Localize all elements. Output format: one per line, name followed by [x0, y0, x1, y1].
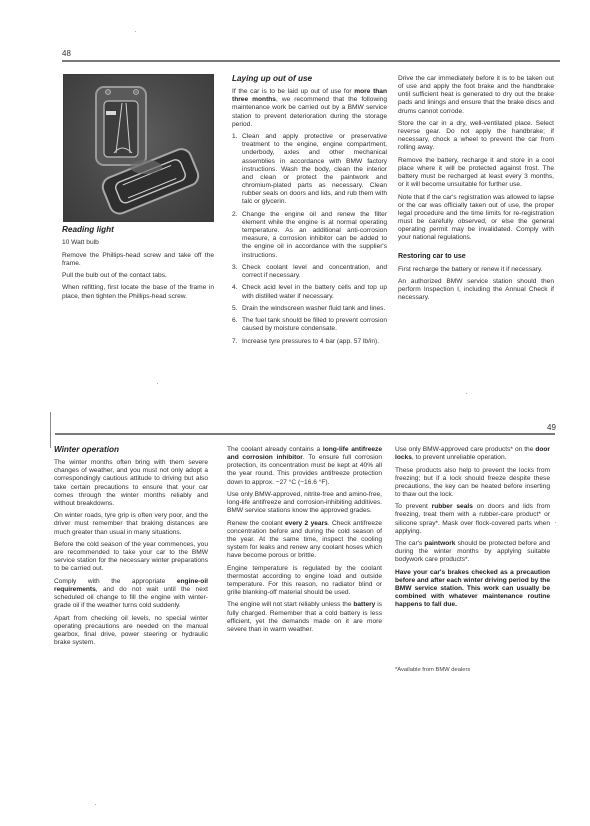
paragraph: First recharge the battery or renew it i…: [398, 266, 554, 274]
paragraph: Drive the car immediately before it is t…: [398, 75, 554, 116]
list-item: 6.The fuel tank should be filled to prev…: [232, 317, 387, 333]
list-item: 7.Increase tyre pressures to 4 bar (app.…: [232, 338, 387, 346]
header-rule: [62, 60, 560, 62]
winter-operation-section: Winter operation The winter months often…: [54, 446, 208, 651]
list-item: 5.Drain the windscreen washer fluid tank…: [232, 305, 387, 313]
reading-light-photo: [63, 74, 214, 222]
list-item: 1.Clean and apply protective or preserva…: [232, 133, 387, 206]
paragraph: Apart from checking oil levels, no speci…: [54, 615, 208, 648]
scan-speck: [466, 393, 467, 394]
paragraph: Have your car's brakes checked as a prec…: [395, 569, 550, 610]
paragraph: Store the car in a dry, well-ventilated …: [398, 120, 554, 153]
scan-speck: [157, 383, 158, 384]
header-rule: [55, 433, 555, 435]
heading-reading-light: Reading light: [62, 226, 214, 234]
paragraph: The coolant already contains a long-life…: [227, 446, 382, 487]
paragraph: The car's paintwork should be protected …: [395, 540, 550, 564]
paragraph: Comply with the appropriate engine-oil r…: [54, 578, 208, 611]
paragraph: An authorized BMW service station should…: [398, 278, 554, 302]
paragraph: 10 Watt bulb: [62, 239, 214, 247]
storage-section: Drive the car immediately before it is t…: [398, 75, 554, 307]
heading-winter-operation: Winter operation: [54, 446, 208, 454]
paragraph: Remove the Phillips-head screw and take …: [62, 252, 214, 268]
paragraph: Before the cold season of the year comme…: [54, 541, 208, 574]
paragraph: If the car is to be laid up out of use f…: [232, 88, 387, 129]
list-item: 3.Check coolant level and concentration,…: [232, 264, 387, 280]
paragraph: Remove the battery, recharge it and stor…: [398, 157, 554, 190]
coolant-section: The coolant already contains a long-life…: [227, 446, 382, 638]
paragraph: These products also help to prevent the …: [395, 467, 550, 500]
reading-light-icon: [64, 75, 213, 221]
page-edge-mark: [50, 412, 51, 448]
paragraph: Note that if the car's registration was …: [398, 194, 554, 243]
paragraph: The winter months often bring with them …: [54, 459, 208, 508]
paragraph: The engine will not start reliably unles…: [227, 601, 382, 634]
heading-restoring: Restoring car to use: [398, 253, 554, 261]
page-number-48: 48: [62, 49, 71, 58]
maintenance-list: 1.Clean and apply protective or preserva…: [232, 133, 387, 346]
paragraph: Use only BMW-approved, nitrite-free and …: [227, 491, 382, 515]
paragraph: To prevent rubber seals on doors and lid…: [395, 503, 550, 536]
footnote: *Available from BMW dealers: [395, 667, 470, 673]
paragraph: Renew the coolant every 2 years. Check a…: [227, 520, 382, 561]
paragraph: On winter roads, tyre grip is often very…: [54, 512, 208, 536]
page-number-49: 49: [547, 423, 556, 432]
scan-speck: [555, 522, 556, 523]
paragraph: Use only BMW-approved care products* on …: [395, 446, 550, 462]
scan-speck: [95, 804, 96, 805]
scan-speck: [135, 31, 136, 32]
paragraph: Engine temperature is regulated by the c…: [227, 565, 382, 598]
paragraph: When refitting, first locate the base of…: [62, 284, 214, 300]
paragraph: Pull the bulb out of the contact tabs.: [62, 272, 214, 280]
heading-laying-up: Laying up out of use: [232, 75, 387, 83]
list-item: 4.Check acid level in the battery cells …: [232, 284, 387, 300]
laying-up-section: Laying up out of use If the car is to be…: [232, 75, 387, 350]
reading-light-section: Reading light 10 Watt bulb Remove the Ph…: [62, 226, 214, 305]
list-item: 2.Change the engine oil and renew the fi…: [232, 211, 387, 260]
care-products-section: Use only BMW-approved care products* on …: [395, 446, 550, 614]
